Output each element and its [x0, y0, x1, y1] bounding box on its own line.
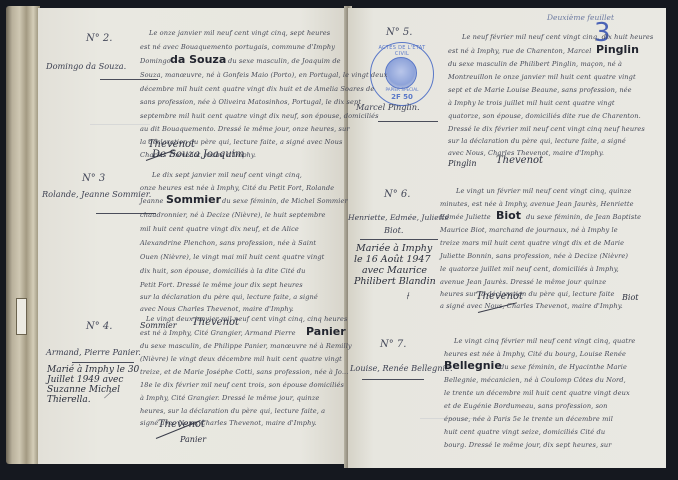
registry-book-scan: Deuxième feuillet 3 ACTES DE L'ÉTAT CIVI…: [0, 0, 678, 480]
entry-text-line: à Imphy le trois juillet mil huit cent q…: [448, 100, 615, 107]
entry-text-line: est né à Imphy, rue de Charenton, Marcel: [448, 48, 591, 55]
entry-text-line: Dressé le dix février mil neuf cent ving…: [448, 126, 645, 133]
entry-text-line: huit cent quatre vingt seize, domiciliés…: [444, 429, 605, 436]
entry-text-line: Maurice Biot, marchand de journaux, né à…: [440, 227, 618, 234]
signature-declarant: Pinglin: [448, 160, 476, 168]
entry-text-line: Le onze janvier mil neuf cent vingt cinq…: [149, 30, 330, 37]
entry-text-line: Petit Fort. Dressé le même jour dix sept…: [140, 282, 303, 289]
margin-name: Armand, Pierre Panier.: [46, 348, 141, 356]
entry-text-line: et de Eugénie Bordumeau, sans profession…: [444, 403, 607, 410]
entry-text-line: Juliette Bonnin, sans profession, née à …: [440, 253, 628, 260]
entry-text-line: à Imphy, Cité Grangier. Dressé le même j…: [140, 395, 319, 402]
margin-name: Rolande, Jeanne Sommier.: [42, 190, 151, 198]
surname: Pinglin: [596, 44, 639, 55]
entry-text-line: Ouen (Nièvre), le vingt mai mil huit cen…: [140, 254, 324, 261]
entry-text-line: chaudronnier, né à Decize (Nièvre), le h…: [140, 212, 326, 219]
surname: da Souza: [170, 54, 226, 65]
margin-name-surname: Biot.: [384, 226, 403, 234]
entry-number: N° 4.: [86, 322, 112, 332]
margin-name: Louise, Renée Bellegnie.: [350, 364, 453, 372]
entry-text-line: avenue Jean Jaurès. Dressé le même jour …: [440, 279, 606, 286]
signature-declarant: Panier: [180, 436, 206, 444]
margin-name: Marcel Pinglin.: [356, 103, 420, 111]
marriage-note-line: le 16 Août 1947: [354, 255, 431, 265]
entry-text-line: du sexe féminin, de Hyacinthe Marie: [500, 364, 627, 371]
signature-declarant: De Souza Joaquim: [152, 150, 244, 160]
entry-text-line: Le vingt cinq février mil neuf cent ving…: [454, 338, 635, 345]
entry-text-line: est né à Imphy, Cité Grangier, Armand Pi…: [140, 330, 296, 337]
entry-text-line: bourg. Dressé le même jour, dix sept heu…: [444, 442, 612, 449]
entry-text-line: Bellegnie, mécanicien, né à Coulomp Côte…: [444, 377, 626, 384]
entry-number: N° 2.: [86, 34, 112, 44]
marriage-note-line: Mariée à Imphy: [356, 244, 432, 254]
surname: Panier: [306, 326, 346, 337]
entry-text-line: du sexe masculin, de Joaquim de: [228, 58, 341, 65]
entry-text-line: heures, sur la déclaration du père qui, …: [140, 408, 325, 415]
entry-text-line: Edmée Juliette: [440, 214, 491, 221]
entry-text-line: Domingo: [140, 58, 171, 65]
entry-text-line: mil huit cent quatre vingt dix neuf, et …: [140, 226, 299, 233]
marriage-note-line: Thierella.: [47, 396, 91, 405]
marriage-note-line: avec Maurice: [362, 266, 427, 276]
marriage-note-line: Philibert Blandin: [354, 277, 436, 287]
entry-text-line: du sexe féminin, de Michel Sommier: [222, 198, 348, 205]
entry-text-line: dix huit, son épouse, domiciliés à la di…: [140, 268, 305, 275]
entry-text-line: quatorze, son épouse, domiciliés dite ru…: [448, 113, 641, 120]
signature-declarant: Biot: [622, 294, 638, 302]
signature-mayor: Thevenot: [476, 292, 523, 302]
margin-name: Domingo da Souza.: [46, 62, 126, 70]
entry-text-line: treize mars mil huit cent quatre vingt d…: [440, 240, 624, 247]
entry-text-line: heures sur la déclaration du père qui, l…: [440, 291, 615, 298]
entry-text-line: Le vingt un février mil neuf cent vingt …: [456, 188, 632, 195]
margin-name: Henriette, Edmée, Juliette: [348, 214, 449, 222]
entry-text-line: minutes, est née à Imphy, avenue Jean Ja…: [440, 201, 634, 208]
stamp-price: 2F 50: [371, 93, 433, 101]
entry-text-line: a signé avec Nous, Charles Thevenot, mai…: [440, 303, 623, 310]
entry-number: N° 5.: [386, 28, 412, 38]
entry-text-line: du sexe masculin de Philibert Pinglin, m…: [448, 61, 622, 68]
entry-text-line: le quatorze juillet mil neuf cent, domic…: [440, 266, 619, 273]
entry-text-line: onze heures est née à Imphy, Cité du Pet…: [140, 185, 334, 192]
entry-text-line: sur la déclaration du père qui, lecture …: [448, 138, 626, 145]
marriage-note-initials: ⟊: [406, 292, 409, 302]
marianne-head-icon: [385, 57, 417, 89]
stamp-middle-text: PAPIER SPÉCIAL: [371, 87, 433, 92]
stamp-top-text: ACTES DE L'ÉTAT CIVIL: [371, 45, 433, 57]
divider: [360, 239, 438, 240]
divider: [72, 362, 134, 363]
entry-text-line: au dit Bouaquemento. Dressé le même jour…: [140, 126, 350, 133]
divider: [378, 121, 438, 122]
marriage-note-initials: ⟋: [104, 392, 110, 401]
entry-text-line: Le dix sept janvier mil neuf cent vingt …: [152, 172, 302, 179]
surname: Sommier: [166, 194, 221, 205]
surname: Biot: [496, 210, 521, 221]
entry-text-line: le trente un décembre mil huit cent quat…: [444, 390, 630, 397]
entry-text-line: treize, et de Marie Joséphe Cotti, sans …: [140, 369, 348, 376]
entry-text-line: septembre mil huit cent quatre vingt dix…: [140, 113, 379, 120]
entry-number: N° 3: [82, 174, 105, 184]
entry-number: N° 7.: [380, 340, 406, 350]
book-page-edges: [6, 6, 40, 464]
entry-text-line: Alexandrine Plenchon, sans profession, n…: [140, 240, 316, 247]
entry-text-line: Montreuillon le onze janvier mil huit ce…: [448, 74, 636, 81]
entry-text-line: 18e le dix février mil neuf cent trois, …: [140, 382, 344, 389]
surname: Bellegnie: [444, 360, 502, 371]
entry-text-line: avec Nous Charles Thevenot, maire d'Imph…: [140, 306, 294, 313]
signature-mayor: Thevenot: [496, 156, 543, 166]
entry-text-line: épouse, née à Paris 5e le trente un déce…: [444, 416, 613, 423]
divider: [362, 379, 424, 380]
entry-text-line: sur la déclaration du père qui, lecture …: [140, 294, 318, 301]
entry-text-line: sept et de Marie Louise Beaune, sans pro…: [448, 87, 632, 94]
entry-text-line: (Nièvre) le vingt deux décembre mil huit…: [140, 356, 342, 363]
entry-text-line: Le vingt deux janvier mil neuf cent ving…: [146, 316, 348, 323]
entry-text-line: est né avec Bouaquemento portugais, comm…: [140, 44, 335, 51]
entry-text-line: Le neuf février mil neuf cent vingt cinq…: [462, 34, 653, 41]
entry-text-line: heures est née à Imphy, Cité du bourg, L…: [444, 351, 626, 358]
divider: [100, 79, 158, 80]
entry-number: N° 6.: [384, 190, 410, 200]
page-tab: [16, 298, 27, 335]
entry-text-line: Souza, manœuvre, né à Gonfeis Maio (Port…: [140, 72, 387, 79]
entry-text-line: sans profession, née à Oliveira Matosinh…: [140, 99, 361, 106]
entry-text-line: décembre mil huit cent quatre vingt dix …: [140, 86, 374, 93]
entry-text-line: du sexe masculin, de Philippe Panier, ma…: [140, 343, 352, 350]
entry-text-line: Jeanne: [140, 198, 163, 205]
entry-text-line: du sexe féminin, de Jean Baptiste: [526, 214, 641, 221]
